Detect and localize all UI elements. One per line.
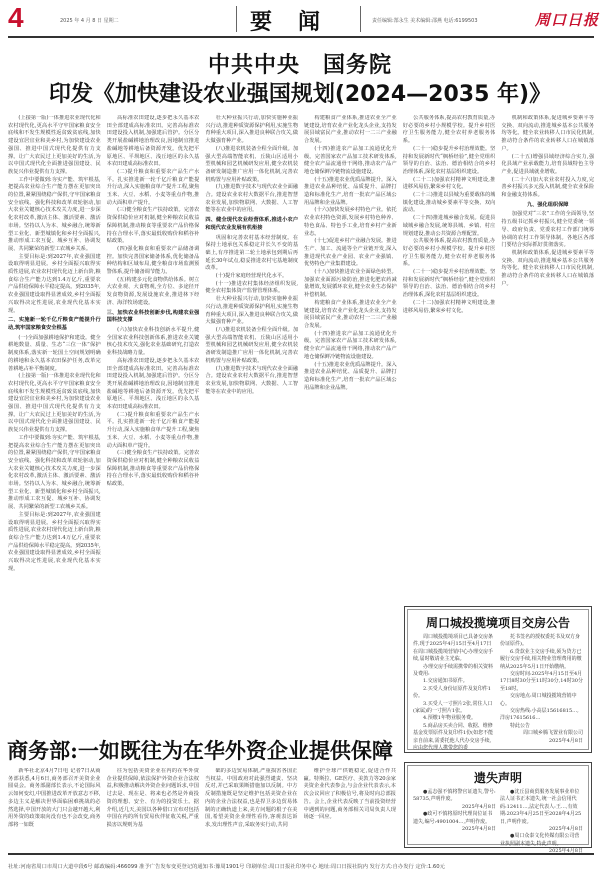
article-column: 往为包括美资企业在内的在华外资企业提供保障,依法保护外资企业合法权益,积极推动解… [107,768,200,848]
publisher-footer: 社址:河南省周口市周口大道中段6号 邮政编码:466099 准予广告发布变更登记… [8,862,594,870]
notice-border: 遗失声明 ●孟志强不慎将警官证遗失,警号:58735,声明作废。 2025年4月… [407,765,589,845]
notice-signature: 周口城乡腾飞置业有限公司 [500,730,583,737]
paragraph: (十四)推进农产品加工流通优化升级。完善国家农产品加工技术研发体系,健全农产品流… [304,146,397,177]
paragraph: (十五)推进农业优质品牌提升。深入推进农业品种培优、品质提升、品牌打造和标准化生… [304,362,397,393]
paragraph: (九)推进数字技术与现代农业全面融合。建设农业农村大数据平台,推进智慧农业发展,… [205,184,298,215]
paragraph: 主要目标是:到2027年,农业强国建设取得明显进展。乡村全面振兴取得实质性进展,… [8,254,101,316]
paragraph: (二)提升粮食和重要农产品生产水平。扎实推进新一轮千亿斤粮食产能提升行动,深入实… [107,169,200,208]
notice-date: 2025年4月8日 [500,738,583,745]
paragraph: 壮大种业振兴行动,加快实施种业振兴行动,推进种质资源保护利用,实施生物育种重大项… [205,115,298,146]
paragraph: 主要目标是:到2027年,农业强国建设取得明显进展。乡村全面振兴取得实质性进展,… [8,512,101,574]
section-title: 要闻 [250,5,346,36]
lost-item: ●沈丘县商贸服务发展事业单位法人证书正本遗失,统一社会信用代码:12411…,法… [500,789,583,826]
paragraph: (二)提升粮食和重要农产品生产水平。扎实推进新一轮千亿斤粮食产能提升行动,深入实… [107,412,200,451]
paragraph: (十七)促进乡村产业融合发展。推进生产、加工、流通等全产业链开发,深入推进现代农… [304,238,397,269]
paragraph: (上接第一版)一体推进农业现代化和农村现代化,更高水平守牢国家粮食安全底线和不发… [8,373,101,435]
article-column: 高标准农田建设,逐步把永久基本农田全部建成高标准农田。完善高标准农田建设投入机制… [107,115,200,720]
article-column: 壮大种业振兴行动,加快实施种业振兴行动,推进种质资源保护利用,实施生物育种重大项… [205,115,298,720]
lost-notice: 遗失声明 ●孟志强不慎将警官证遗失,警号:58735,声明作废。 2025年4月… [404,762,592,848]
paragraph: 加强党对“三农”工作的全面领导,坚持五级书记抓乡村振兴,健全党委统一领导、政府负… [501,211,594,250]
editor-credits: 责任编辑:郜永生 美术编辑:邵燕 电话:6199503 [372,17,478,24]
notice-column-left: 周口城投揽境项目已具备交房条件,现于2025年4月15日至4月17日在周口城投揽… [413,634,496,753]
notice-line: 办理交房手续需携带的相关资料及费用: [413,664,496,679]
subheading: 九、强化组织保障 [501,202,594,210]
notice-border: 周口城投揽境项目交房公告 周口城投揽境项目已具备交房条件,现于2025年4月15… [407,609,589,750]
paragraph: (八)推进农机装备全程全面升级。加强大型高端智能农机、丘陵山区适用小型机械和园艺… [205,146,298,185]
lost-notice-title: 遗失声明 [408,769,588,786]
handover-notice: 周口城投揽境项目交房公告 周口城投揽境项目已具备交房条件,现于2025年4月15… [404,606,592,753]
article-column: 维护全球产供链稳定,促进合作共赢。特斯拉、GE医疗、美敦力等20余家美资企业代表… [304,768,397,848]
notice-line: 交房热线:小高层15616815…,洋房17615616… [500,708,583,723]
lost-notice-body: ●孟志强不慎将警官证遗失,警号:58735,声明作废。 2025年4月8日 ●政… [408,786,588,859]
article-column: 础的多边贸易体制,严重损害各国正当权益。中国政府对此强烈谴责、坚决反对,并已采取… [205,768,298,848]
notice-line: 4.预缴1年物业服务费。 [413,715,496,722]
paragraph: 公共服务体系,提高农村教育质量,办好必要的乡村小规模学校。提升乡村医疗卫生服务能… [403,115,496,146]
notice-line: 6.贷款业主交房手续,须为贷方已履行交房手续,相关物业管理费用的缴纳从2025年… [500,649,583,671]
article-column: 新华社北京4月7日电 记者7日从商务部获悉,4月6日,商务部召开美资企业圆桌会。… [8,768,101,848]
lost-item-date: 2025年4月8日 [413,826,496,833]
paragraph: 工作中要做到:夯实产能、筑牢根基,把提高农业综合生产能力摆在更加突出的位置,紧紧… [8,177,101,254]
paragraph: 维护全球产供链稳定,促进合作共赢。特斯拉、GE医疗、美敦力等20余家美资企业代表… [304,768,397,822]
lead-headline-line1: 中共中央 国务院 [0,48,600,79]
paragraph: (二十二)加强农村精神文明建设,推进移风易俗,繁荣乡村文化。 [403,177,496,192]
paragraph: 高标准农田建设,逐步把永久基本农田全部建成高标准农田。完善高标准农田建设投入机制… [107,115,200,169]
article-column: 构建粮食产业体系,推进农业全产业链建设,培育农业产业化龙头企业,支持发展县域富民… [304,115,397,720]
secondary-story-body: 新华社北京4月7日电 记者7日从商务部获悉,4月6日,商务部召开美资企业圆桌会。… [8,768,396,848]
paragraph: (二十五)增强县域经济综合实力,强化县域产业承载能力,培育县域特色主导产业,促进… [501,154,594,177]
notice-line: 周口城投揽境项目已具备交房条件,现于2025年4月15日至4月17日在周口城投揽… [413,634,496,664]
paragraph: 机制和政策体系,促进城乡要素平等交换、双向流动,推进城乡基本公共服务均等化。健全… [501,115,594,154]
paragraph: (八)推进农机装备全程全面升级。加强大型高端智能农机、丘陵山区适用小型机械和园艺… [205,327,298,366]
paragraph: (二十六)加大农业农村投入力度,完善乡村振兴多元投入机制,健全农业保险和金融支持… [501,177,594,200]
notice-line: 5.商品房买卖合同、收据、维修基金发票原件及复印件1份(如您不能亲自前来,需委托… [413,723,496,753]
footer-rule [8,853,594,855]
secondary-headline: 商务部:一如既往为在华外资企业提供保障 [0,735,400,765]
notice-title: 周口城投揽境项目交房公告 [408,614,588,631]
divider [236,6,237,32]
lost-item: ●周口众泰文化传媒有限公司营业执照副本遗失,特此声明。 [500,833,583,848]
page-number: 4 [8,4,24,32]
paragraph: (五)构建多元化食物供给体系。树立大农业观、大食物观,全方位、多途径开发食物资源… [107,277,200,308]
paragraph: 构建粮食产业体系,推进农业全产业链建设,培育农业产业化龙头企业,支持发展县域富民… [304,115,397,146]
paragraph: 新华社北京4月7日电 记者7日从商务部获悉,4月6日,商务部召开美资企业圆桌会。… [8,768,101,830]
notice-line: 托书签名的授权委托书及双方身份证原件)。 [500,634,583,649]
paragraph: (十四)推进农产品加工流通优化升级。完善国家农产品加工技术研发体系,健全农产品流… [304,331,397,362]
paragraph: (十五)推进农业优质品牌提升。深入推进农业品种培优、品质提升、品牌打造和标准化生… [304,177,397,208]
paragraph: (十一)推进农村集体经济组织发展,健全农村集体资产监督管理体系。 [205,281,298,296]
notice-line: 3.买受人一寸照片2张,常住人口(家属)的一寸照片1张。 [413,701,496,716]
paragraph: (二十一)稳步提升乡村治理效能。坚持和发展新时代“枫桥经验”,健全党组织领导的自… [403,146,496,177]
lost-item: ●孟志强不慎将警官证遗失,警号:58735,声明作废。 [413,789,496,804]
lead-headline-line2: 印发《加快建设农业强国规划(2024—2035 年)》 [0,77,600,108]
paragraph: (二十四)推进城乡融合发展。促进县域城乡融合发展,统筹县城、乡镇、村庄规划建设,… [403,215,496,238]
paragraph: (上接第一版)一体推进农业现代化和农村现代化,更高水平守牢国家粮食安全底线和不发… [8,115,101,177]
paragraph: 巩固和完善农村基本经营制度。在保持土地承包关系稳定并长久不变的基础上,有序推进第… [205,235,298,274]
lost-column-right: ●沈丘县商贸服务发展事业单位法人证书正本遗失,统一社会信用代码:12411…,法… [500,789,583,856]
paragraph: 公共服务体系,提高农村教育质量,办好必要的乡村小规模学校。提升乡村医疗卫生服务能… [403,238,496,269]
paragraph: (十)提升家庭经营现代化水平。 [205,273,298,281]
paragraph: 工作中要做到:夯实产能、筑牢根基,把提高农业综合生产能力摆在更加突出的位置,紧紧… [8,435,101,512]
masthead: 4 2025 年 4 月 8 日 星期二 要闻 责任编辑:郜永生 美术编辑:邵燕… [0,0,600,38]
paragraph: (六)加快农业科技创新水平提升,健全国家农业科技创新体系,推进农业关键核心技术攻… [107,327,200,358]
paragraph: 壮大种业振兴行动,加快实施种业振兴行动,推进种质资源保护利用,实施生物育种重大项… [205,296,298,327]
newspaper-logo: 周口日报 [535,9,599,30]
notice-line: 交房地点:周口城投揽境营销中心。 [500,693,583,708]
paragraph: 构建粮食产业体系,推进农业全产业链建设,培育农业产业化龙头企业,支持发展县域富民… [304,300,397,331]
paragraph: 础的多边贸易体制,严重损害各国正当权益。中国政府对此强烈谴责、坚决反对,并已采取… [205,768,298,830]
paragraph: (四)强化粮食和重要农产品储备调控。加快完善国家储备体系,优化储备品种结构和区域… [107,246,200,277]
paragraph: (三)健全粮食生产扶持政策。完善农资保供稳价应对机制,健全种粮农民收益保障机制,… [107,450,200,489]
header-rule [8,36,594,38]
divider [360,6,361,32]
paragraph: (三)健全粮食生产扶持政策。完善农资保供稳价应对机制,健全种粮农民收益保障机制,… [107,207,200,246]
paragraph: (十六)加快发展乡村特色产业。依托农业农村特色资源,发展乡村特色种养、特色食品、… [304,207,397,238]
notice-body: 周口城投揽境项目已具备交房条件,现于2025年4月15日至4月17日在周口城投揽… [408,631,588,756]
subheading: 四、健全现代农业经营体系,推进小农户和现代农业发展有机衔接 [205,217,298,232]
paragraph: (十八)加快推进农业全面绿色转型。加强农业面源污染防治,推进化肥农药减量增效,发… [304,269,397,300]
paragraph: 机制和政策体系,促进城乡要素平等交换、双向流动,推进城乡基本公共服务均等化。健全… [501,250,594,289]
paragraph: (九)推进数字技术与现代农业全面融合。建设农业农村大数据平台,推进智慧农业发展,… [205,366,298,397]
notice-line: 交房时间:2025年4月15日至4月17日8时30分至11时30分,14时30分… [500,671,583,693]
issue-date: 2025 年 4 月 8 日 星期二 [60,17,119,24]
paragraph: (二十三)推进以县城为重要载体的城镇化建设,推动城乡要素平等交换、双向流动。 [403,192,496,215]
lost-column-left: ●孟志强不慎将警官证遗失,警号:58735,声明作废。 2025年4月8日 ●政… [413,789,496,856]
paragraph: (一)全面加强耕地保护和建设。健全耕地数量、质量、生态“三位一体”保护制度体系,… [8,335,101,374]
paragraph: 往为包括美资企业在内的在华外资企业提供保障,依法保护外资企业合法权益,积极推动解… [107,768,200,830]
notice-line: 2.买受人身份证原件及复印件1份。 [413,686,496,701]
paragraph: (二十一)稳步提升乡村治理效能。坚持和发展新时代“枫桥经验”,健全党组织领导的自… [403,269,496,300]
subheading: 三、加快农业科技创新步伐,构建农业强国科技支撑 [107,310,200,325]
notice-column-right: 托书签名的授权委托书及双方身份证原件)。 6.贷款业主交房手续,须为贷方已履行交… [500,634,583,753]
lost-item: ●政可不慎将原时代理岗位证书遗失,编号:4901004…,声明作废。 [413,811,496,826]
paragraph: 高标准农田建设,逐步把永久基本农田全部建成高标准农田。完善高标准农田建设投入机制… [107,358,200,412]
paragraph: (二十二)加强农村精神文明建设,推进移风易俗,繁荣乡村文化。 [403,300,496,315]
subheading: 二、实施新一轮千亿斤粮食产能提升行动,筑牢国家粮食安全根基 [8,317,101,332]
notice-line: 1.交房通知书原件。 [413,678,496,685]
article-column: (上接第一版)一体推进农业现代化和农村现代化,更高水平守牢国家粮食安全底线和不发… [8,115,101,720]
